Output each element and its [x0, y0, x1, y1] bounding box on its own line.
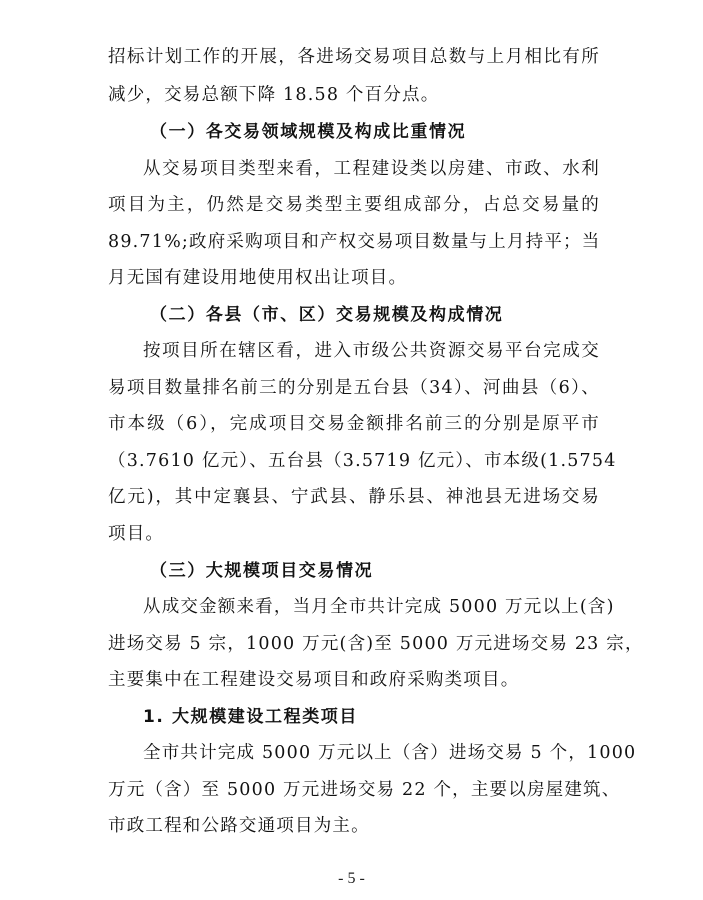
document-page: 招标计划工作的开展，各进场交易项目总数与上月相比有所 减少，交易总额下降 18.… [0, 0, 703, 900]
paragraph-line: 亿元)，其中定襄县、宁武县、静乐县、神池县无进场交易 [108, 479, 600, 515]
paragraph-line: 减少，交易总额下降 18.58 个百分点。 [108, 77, 600, 113]
section-heading-2: （二）各县（市、区）交易规模及构成情况 [150, 297, 600, 333]
paragraph-line: 招标计划工作的开展，各进场交易项目总数与上月相比有所 [108, 39, 600, 75]
paragraph-line: 进场交易 5 宗，1000 万元(含)至 5000 万元进场交易 23 宗， [108, 626, 600, 662]
page-number: - 5 - [0, 870, 703, 888]
paragraph-line: 易项目数量排名前三的分别是五台县（34）、河曲县（6）、 [108, 370, 600, 406]
section-heading-1: （一）各交易领域规模及构成比重情况 [150, 114, 600, 150]
section-heading-3: （三）大规模项目交易情况 [150, 553, 600, 589]
paragraph-line: 按项目所在辖区看，进入市级公共资源交易平台完成交 [143, 333, 600, 369]
paragraph-line: 89.71%;政府采购项目和产权交易项目数量与上月持平；当 [108, 224, 600, 260]
subsection-heading-1: 1. 大规模建设工程类项目 [143, 699, 593, 735]
paragraph-line: 项目为主，仍然是交易类型主要组成部分，占总交易量的 [108, 187, 600, 223]
paragraph-line: 项目。 [108, 516, 600, 552]
paragraph-line: 全市共计完成 5000 万元以上（含）进场交易 5 个，1000 [143, 735, 600, 771]
paragraph-line: 月无国有建设用地使用权出让项目。 [108, 260, 600, 296]
paragraph-line: （3.7610 亿元）、五台县（3.5719 亿元）、市本级(1.5754 [108, 443, 600, 479]
paragraph-line: 万元（含）至 5000 万元进场交易 22 个，主要以房屋建筑、 [108, 772, 600, 808]
paragraph-line: 从交易项目类型来看，工程建设类以房建、市政、水利 [143, 151, 600, 187]
paragraph-line: 市政工程和公路交通项目为主。 [108, 808, 600, 844]
paragraph-line: 从成交金额来看，当月全市共计完成 5000 万元以上(含) [143, 589, 600, 625]
paragraph-line: 市本级（6），完成项目交易金额排名前三的分别是原平市 [108, 406, 600, 442]
paragraph-line: 主要集中在工程建设交易项目和政府采购类项目。 [108, 662, 600, 698]
